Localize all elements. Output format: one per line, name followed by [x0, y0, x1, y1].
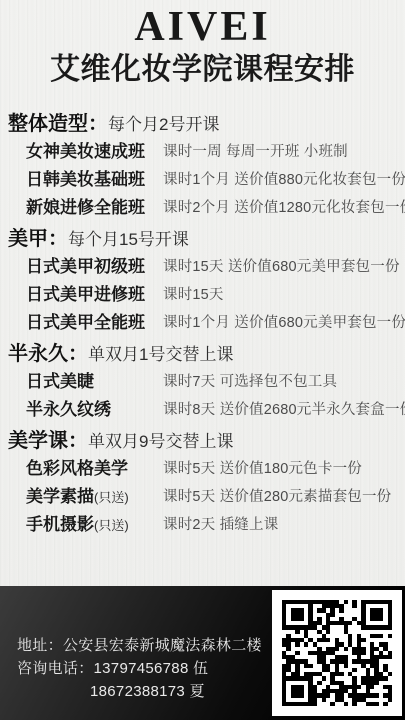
course-detail: 课时一周 每周一开班 小班制 [163, 138, 348, 166]
course-name-text: 日式美甲初级班 [26, 257, 145, 276]
course-name: 日式美甲初级班 [8, 253, 163, 282]
course-row: 日式美甲初级班 课时15天 送价值680元美甲套包一份 [8, 253, 405, 281]
course-name: 日式美甲全能班 [8, 309, 163, 338]
course-name-text: 半永久纹绣 [26, 400, 111, 419]
course-detail: 课时7天 可选择包不包工具 [163, 368, 337, 396]
section-aesthetics: 美学课：单双月9号交替上课 色彩风格美学 课时5天 送价值180元色卡一份 美学… [8, 427, 405, 539]
course-row: 美学素描(只送) 课时5天 送价值280元素描套包一份 [8, 483, 405, 511]
section-name: 半永久 [8, 343, 68, 365]
course-name-text: 美学素描 [26, 487, 94, 506]
course-name: 女神美妆速成班 [8, 138, 163, 167]
course-detail: 课时2个月 送价值1280元化妆套包一份 [163, 194, 405, 222]
course-row: 日式美睫 课时7天 可选择包不包工具 [8, 368, 405, 396]
section-overall-styling: 整体造型：每个月2号开课 女神美妆速成班 课时一周 每周一开班 小班制 日韩美妆… [8, 110, 405, 222]
course-detail: 课时8天 送价值2680元半永久套盒一份 [163, 396, 405, 424]
course-name: 新娘进修全能班 [8, 194, 163, 223]
course-sections: 整体造型：每个月2号开课 女神美妆速成班 课时一周 每周一开班 小班制 日韩美妆… [0, 110, 405, 539]
course-name-text: 日韩美妆基础班 [26, 170, 145, 189]
section-name: 整体造型 [8, 113, 88, 135]
course-name-text: 色彩风格美学 [26, 459, 128, 478]
course-name-text: 日式美睫 [26, 372, 94, 391]
course-detail: 课时5天 送价值180元色卡一份 [163, 455, 362, 483]
course-detail: 课时1个月 送价值680元美甲套包一份 [163, 309, 405, 337]
course-name: 手机摄影(只送) [8, 511, 163, 540]
section-schedule: 单双月1号交替上课 [88, 345, 233, 364]
course-detail: 课时15天 送价值680元美甲套包一份 [163, 253, 400, 281]
section-colon: ： [68, 343, 88, 365]
contact-info: 地址：公安县宏泰新城魔法森林二楼 咨询电话：13797456788 伍 1867… [17, 634, 262, 703]
course-name-text: 女神美妆速成班 [26, 142, 145, 161]
section-header: 美甲：每个月15号开课 [8, 225, 405, 253]
course-row: 色彩风格美学 课时5天 送价值180元色卡一份 [8, 455, 405, 483]
course-name-text: 日式美甲全能班 [26, 313, 145, 332]
address-line: 地址：公安县宏泰新城魔法森林二楼 [17, 634, 262, 657]
course-row: 手机摄影(只送) 课时2天 插缝上课 [8, 511, 405, 539]
section-name: 美学课 [8, 430, 68, 452]
course-name-suffix: (只送) [94, 490, 129, 505]
course-detail: 课时5天 送价值280元素描套包一份 [163, 483, 391, 511]
poster-subtitle: 艾维化妆学院课程安排 [0, 53, 405, 86]
qr-code-grid [282, 600, 392, 706]
address-label: 地址： [17, 637, 63, 654]
section-header: 半永久：单双月1号交替上课 [8, 340, 405, 368]
section-schedule: 每个月2号开课 [108, 115, 219, 134]
section-nails: 美甲：每个月15号开课 日式美甲初级班 课时15天 送价值680元美甲套包一份 … [8, 225, 405, 337]
course-row: 新娘进修全能班 课时2个月 送价值1280元化妆套包一份 [8, 194, 405, 222]
section-schedule: 每个月15号开课 [68, 230, 189, 249]
section-header: 美学课：单双月9号交替上课 [8, 427, 405, 455]
course-detail: 课时15天 [163, 281, 224, 309]
section-colon: ： [88, 113, 108, 135]
course-name-text: 手机摄影 [26, 515, 94, 534]
course-name: 色彩风格美学 [8, 455, 163, 484]
section-header: 整体造型：每个月2号开课 [8, 110, 405, 138]
course-name: 日式美甲进修班 [8, 281, 163, 310]
phone-value-1: 13797456788 伍 [94, 660, 209, 677]
course-row: 女神美妆速成班 课时一周 每周一开班 小班制 [8, 138, 405, 166]
section-colon: ： [48, 228, 68, 250]
course-name: 半永久纹绣 [8, 396, 163, 425]
course-name: 美学素描(只送) [8, 483, 163, 512]
address-value: 公安县宏泰新城魔法森林二楼 [63, 637, 262, 654]
course-row: 半永久纹绣 课时8天 送价值2680元半永久套盒一份 [8, 396, 405, 424]
course-row: 日式美甲全能班 课时1个月 送价值680元美甲套包一份 [8, 309, 405, 337]
course-detail: 课时1个月 送价值880元化妆套包一份 [163, 166, 405, 194]
section-schedule: 单双月9号交替上课 [88, 432, 233, 451]
section-semi-permanent: 半永久：单双月1号交替上课 日式美睫 课时7天 可选择包不包工具 半永久纹绣 课… [8, 340, 405, 424]
course-name-text: 新娘进修全能班 [26, 198, 145, 217]
course-schedule-poster: AIVEI 艾维化妆学院课程安排 整体造型：每个月2号开课 女神美妆速成班 课时… [0, 0, 405, 720]
phone-label: 咨询电话： [17, 660, 94, 677]
qr-code [272, 590, 402, 716]
phone-line-2: 18672388173 夏 [17, 680, 262, 703]
course-row: 日韩美妆基础班 课时1个月 送价值880元化妆套包一份 [8, 166, 405, 194]
academy-logo-title: AIVEI [0, 6, 405, 48]
section-name: 美甲 [8, 228, 48, 250]
course-name-text: 日式美甲进修班 [26, 285, 145, 304]
course-detail: 课时2天 插缝上课 [163, 511, 278, 539]
course-name: 日韩美妆基础班 [8, 166, 163, 195]
footer: 地址：公安县宏泰新城魔法森林二楼 咨询电话：13797456788 伍 1867… [0, 586, 405, 720]
course-name-suffix: (只送) [94, 518, 129, 533]
phone-line-1: 咨询电话：13797456788 伍 [17, 657, 262, 680]
section-colon: ： [68, 430, 88, 452]
course-row: 日式美甲进修班 课时15天 [8, 281, 405, 309]
course-name: 日式美睫 [8, 368, 163, 397]
